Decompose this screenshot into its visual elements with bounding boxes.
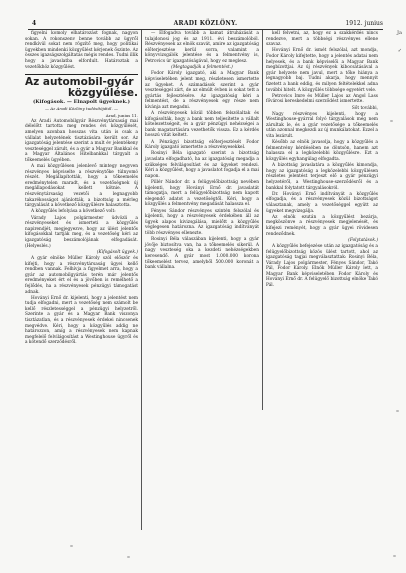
column-divider bbox=[141, 30, 142, 530]
signature-line: Sőt további, bbox=[266, 106, 378, 112]
column-3: kell felvetni, az, hogy ez a szakkérdés … bbox=[266, 31, 378, 289]
paragraph: Várady Lajos polgármester üdvözli a rész… bbox=[25, 216, 138, 250]
paragraph: A részvényesek közül többen felszólaltak… bbox=[145, 111, 259, 139]
article-subhead: (Kifogások. — Elnapolt ügyeknek.) bbox=[25, 100, 138, 106]
paragraph: Az elnök ezután a közgyűlést bezárja, me… bbox=[266, 215, 378, 237]
section-heading: (Folytatások.) bbox=[266, 238, 378, 244]
paragraph: figyelni komoly elhatározást fognak, nag… bbox=[25, 31, 138, 70]
article-byline: — Az Aradi Közlöny tudósítójától. — bbox=[25, 106, 138, 112]
paragraph: A mai közgyűlésen jelenlevő mintegy negy… bbox=[25, 164, 138, 209]
column-2: — Elfogadva tovább a kamat átruházását a… bbox=[145, 31, 259, 271]
article-dateline: Arad, junius 11. bbox=[25, 113, 138, 119]
paragraph: Később az elnök javasolja, hogy a közgyű… bbox=[266, 140, 378, 162]
scan-speck bbox=[393, 555, 396, 557]
section-heading: (Megtagadják a felmentést.) bbox=[145, 65, 259, 71]
issue-date: 1912. junius bbox=[345, 20, 383, 28]
masthead: 4 ARADI KÖZLÖNY. 1912. junius bbox=[28, 20, 383, 30]
paragraph: A közgyűlés lefolyása a következő volt: bbox=[25, 209, 138, 215]
article-headline: Az automobil-gyár közgyűlése. bbox=[25, 74, 138, 99]
scan-speck bbox=[396, 410, 399, 412]
margin-check-icon: ✓ bbox=[398, 48, 402, 54]
paragraph: Petrovics Imre és Müller Lajos az Angol … bbox=[266, 94, 378, 105]
paragraph: A gyár elnöke Müller Károly szól először… bbox=[25, 256, 138, 295]
newspaper-page: 4 ARADI KÖZLÖNY. 1912. junius Ja ✓ figye… bbox=[0, 0, 406, 573]
paragraph: Pillér Nándor dr. a felügyelőbizottság n… bbox=[145, 180, 259, 208]
scan-speck bbox=[127, 556, 130, 558]
paragraph: Nagy részvényes kijelenti, hogy a Westin… bbox=[266, 112, 378, 140]
paragraph: A közgyűlés befejezése után az igazgatós… bbox=[266, 244, 378, 289]
paragraph: Hoványi Ernő dr. ismét felszólal, azt mo… bbox=[266, 48, 378, 93]
paragraph: Dr. Hoványi Ernő indítványát a közgyűlés… bbox=[266, 192, 378, 214]
paragraph: — Elfogadva tovább a kamat átruházását a… bbox=[145, 31, 259, 65]
scan-speck bbox=[70, 545, 73, 547]
paragraph: Az Aradi Automobilgyár Részvénytársaság … bbox=[25, 119, 138, 164]
paragraph: Fodor Károly igazgató, aki a Magyar Bank… bbox=[145, 71, 259, 110]
scan-speck bbox=[390, 120, 393, 122]
column-divider bbox=[262, 30, 263, 410]
paragraph: Rosinyi Béla igazgató szerint a bizottsá… bbox=[145, 151, 259, 179]
headline-line-2: közgyűlése. bbox=[25, 88, 138, 99]
paragraph: Fényes Sándor részvényes szintén felszól… bbox=[145, 209, 259, 237]
paragraph: A bizottság javaslatára a közgyűlés kimo… bbox=[266, 163, 378, 191]
paragraph: kell felvetni, az, hogy ez a szakkérdés … bbox=[266, 31, 378, 48]
paragraph: Hoványi Ernő dr. kijelenti, hogy a jelen… bbox=[25, 296, 138, 346]
column-1: figyelni komoly elhatározást fognak, nag… bbox=[25, 31, 138, 347]
paragraph: Rosinyi Béla válaszában kijelenti, hogy … bbox=[145, 237, 259, 271]
paragraph: A Pénzügyi bizottság előterjesztését Fod… bbox=[145, 140, 259, 151]
section-heading: (Kifogásolt ügyek.) bbox=[25, 250, 138, 256]
margin-note: Ja bbox=[397, 30, 402, 36]
newspaper-title: ARADI KÖZLÖNY. bbox=[28, 20, 383, 28]
